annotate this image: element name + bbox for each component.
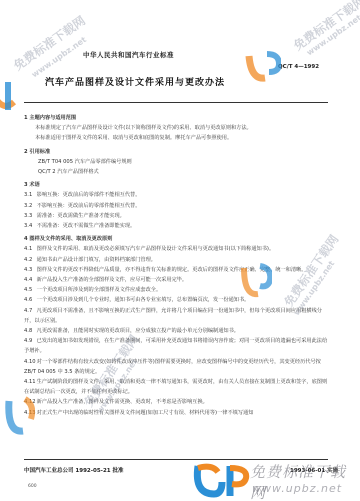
clause-text: 凡更改项目不需准备，且不影响互换的正式生产图样，允许将几个项目编在同一份通知书中…	[24, 308, 322, 324]
clause-number: 3.3	[24, 211, 35, 221]
clause-text: 不影响互换：更改前后的零部件能相互代替。	[37, 203, 141, 209]
clause-text: 生产试制阶段的图样及文件，采用、取消和更改一律不填写通知书，需更改时，由有关人员…	[24, 379, 327, 395]
approval-line: 中国汽车工业总公司 1992-05-21 批准	[24, 466, 124, 474]
section-heading-3: 3 术语	[24, 180, 329, 190]
clause-number: 4.11	[24, 377, 35, 387]
clause-text: 影响互换：更改前后的零部件不能相互代替。	[37, 192, 141, 198]
clause-item: 4.9 已发出的通知书如发现错误，在生产准备期间，可采用补充更改通知书将错误内容…	[24, 336, 329, 356]
clause-number: 4.6	[24, 295, 35, 305]
clause-text: 图样及文件的更改不得降低产品质量，亦不得违背有关标准的规定。更改后的图样及文件应…	[37, 267, 307, 273]
clause-item: 3.4 不需准备：更改不需做生产准备即能实现。	[24, 221, 329, 231]
up-logo-icon	[0, 80, 20, 120]
clause-number: 4.10	[24, 357, 35, 367]
section-heading-2: 2 引用标准	[24, 147, 329, 157]
header-divider	[24, 102, 328, 103]
clause-item: 4.7 凡更改项目不需准备，且不影响互换的正式生产图样，允许将几个项目编在同一份…	[24, 306, 329, 326]
clause-text: 通知书由产品设计部门填写，由资料档案部门管理。	[37, 257, 156, 263]
clause-text: 一个更改项目所涉及到的全部图样及文件应成套改全。	[37, 287, 162, 293]
clause-number: 3.1	[24, 190, 35, 200]
watermark-brand-url: www.upbz.net	[252, 482, 342, 495]
clause-item: 4.13 对正式生产中出现的临时性有关图样及文件问题(如加工尺寸有误、材料代用等…	[24, 408, 329, 418]
clause-item: 4.5 一个更改项目所涉及到的全部图样及文件应成套改全。	[24, 285, 329, 295]
clause-text: 新产品投入生产准备的全部图样及文件，应尽可能一次采用完毕。	[37, 277, 187, 283]
section-heading-4: 4 图样及文件的采用、取消及更改原则	[24, 234, 329, 244]
paragraph: 本标准适用于图样及文件的采用、取消与更改和底图的复制。摩托车产品可参照使用。	[24, 133, 329, 143]
clause-item: 4.11 生产试制阶段的图样及文件，采用、取消和更改一律不填写通知书，需更改时，…	[24, 377, 329, 397]
clause-item: 4.10 对一个零部件结构有较大改变(如铸件改成冲压件等)图样需要更换时，应改变…	[24, 357, 329, 377]
reference-item: ZB/T T04 005 汽车产品零部件编号规则	[24, 157, 329, 167]
clause-item: 4.1 图样及文件的采用、取消及更改必须填写汽车产品图样及设计文件采用与更改通知…	[24, 244, 329, 254]
document-page: 中华人民共和国汽车行业标准 QC/T 4—1992 汽车产品图样及设计文件采用与…	[0, 0, 360, 501]
clause-number: 4.7	[24, 306, 35, 316]
issuing-organization: 中华人民共和国汽车行业标准	[83, 50, 174, 59]
watermark-url: www.upbz.net	[30, 35, 88, 79]
watermark-text: 免费标准下载网	[290, 0, 360, 54]
clause-text: 新产品投入生产准备，图样及文件需更换、更改时，不考虑是否影响互换。	[37, 399, 208, 405]
clause-item: 4.6 一个更改项目涉及到几个专业时，通知书可由各专业室填写，总布置编页次，发一…	[24, 295, 329, 305]
page-number: 600	[28, 484, 37, 489]
clause-number: 4.1	[24, 244, 35, 254]
clause-text: 对一个零部件结构有较大改变(如铸件改成冲压件等)图样需要更换时，应改变图样编号中…	[24, 359, 321, 375]
footer-divider	[24, 459, 328, 460]
clause-text: 需准备：更改需做生产准备才能实现。	[37, 213, 125, 219]
clause-item: 3.3 需准备：更改需做生产准备才能实现。	[24, 211, 329, 221]
document-title: 汽车产品图样及设计文件采用与更改办法	[45, 75, 225, 88]
document-body: 1 主题内容与适用范围 本标准规定了汽车产品图样及设计文件(以下简称图样及文件)…	[24, 110, 329, 418]
clause-item: 4.12 新产品投入生产准备，图样及文件需更换、更改时，不考虑是否影响互换。	[24, 397, 329, 407]
clause-number: 4.2	[24, 255, 35, 265]
paragraph: 本标准规定了汽车产品图样及设计文件(以下简称图样及文件)的采用、取消与更改原则和…	[24, 123, 329, 133]
clause-number: 4.3	[24, 265, 35, 275]
clause-text: 已发出的通知书如发现错误，在生产准备期间，可采用补充更改通知书将错误内容作废；对…	[24, 338, 327, 354]
up-logo-icon	[245, 48, 281, 88]
clause-number: 3.2	[24, 201, 35, 211]
clause-number: 4.13	[24, 408, 35, 418]
clause-number: 4.8	[24, 326, 35, 336]
clause-number: 4.9	[24, 336, 35, 346]
clause-number: 3.4	[24, 221, 35, 231]
watermark-text: 免费标准下载网	[10, 12, 89, 74]
clause-text: 不需准备：更改不需做生产准备即能实现。	[37, 223, 136, 229]
clause-number: 4.5	[24, 285, 35, 295]
clause-item: 3.2 不影响互换：更改前后的零部件能相互代替。	[24, 201, 329, 211]
watermark-brand: 免费标准下载网	[250, 461, 360, 501]
clause-text: 对正式生产中出现的临时性有关图样及文件问题(如加工尺寸有误、材料代用等)一律不填…	[37, 410, 254, 416]
watermark-url: www.upbz.net	[305, 13, 360, 57]
clause-text: 一个更改项目涉及到几个专业时，通知书可由各专业室填写，总布置编页次，发一份通知书…	[37, 297, 250, 303]
clause-item: 4.2 通知书由产品设计部门填写，由资料档案部门管理。	[24, 255, 329, 265]
clause-number: 4.4	[24, 275, 35, 285]
clause-item: 4.4 新产品投入生产准备的全部图样及文件，应尽可能一次采用完毕。	[24, 275, 329, 285]
clause-item: 4.3 图样及文件的更改不得降低产品质量，亦不得违背有关标准的规定。更改后的图样…	[24, 265, 329, 275]
standard-code: QC/T 4—1992	[278, 64, 319, 70]
reference-item: QC/T 2 汽车产品图样格式	[24, 167, 329, 177]
clause-item: 4.8 凡更改需准备，且能同时实现的更改项目，应分成独立投产的最小单元分别编制通…	[24, 326, 329, 336]
clause-item: 3.1 影响互换：更改前后的零部件不能相互代替。	[24, 190, 329, 200]
clause-text: 凡更改需准备，且能同时实现的更改项目，应分成独立投产的最小单元分别编制通知书。	[37, 328, 239, 334]
clause-text: 图样及文件的采用、取消及更改必须填写汽车产品图样及设计文件采用与更改通知书(以下…	[37, 246, 275, 252]
section-heading-1: 1 主题内容与适用范围	[24, 113, 329, 123]
clause-number: 4.12	[24, 397, 35, 407]
up-logo-icon	[192, 462, 250, 498]
